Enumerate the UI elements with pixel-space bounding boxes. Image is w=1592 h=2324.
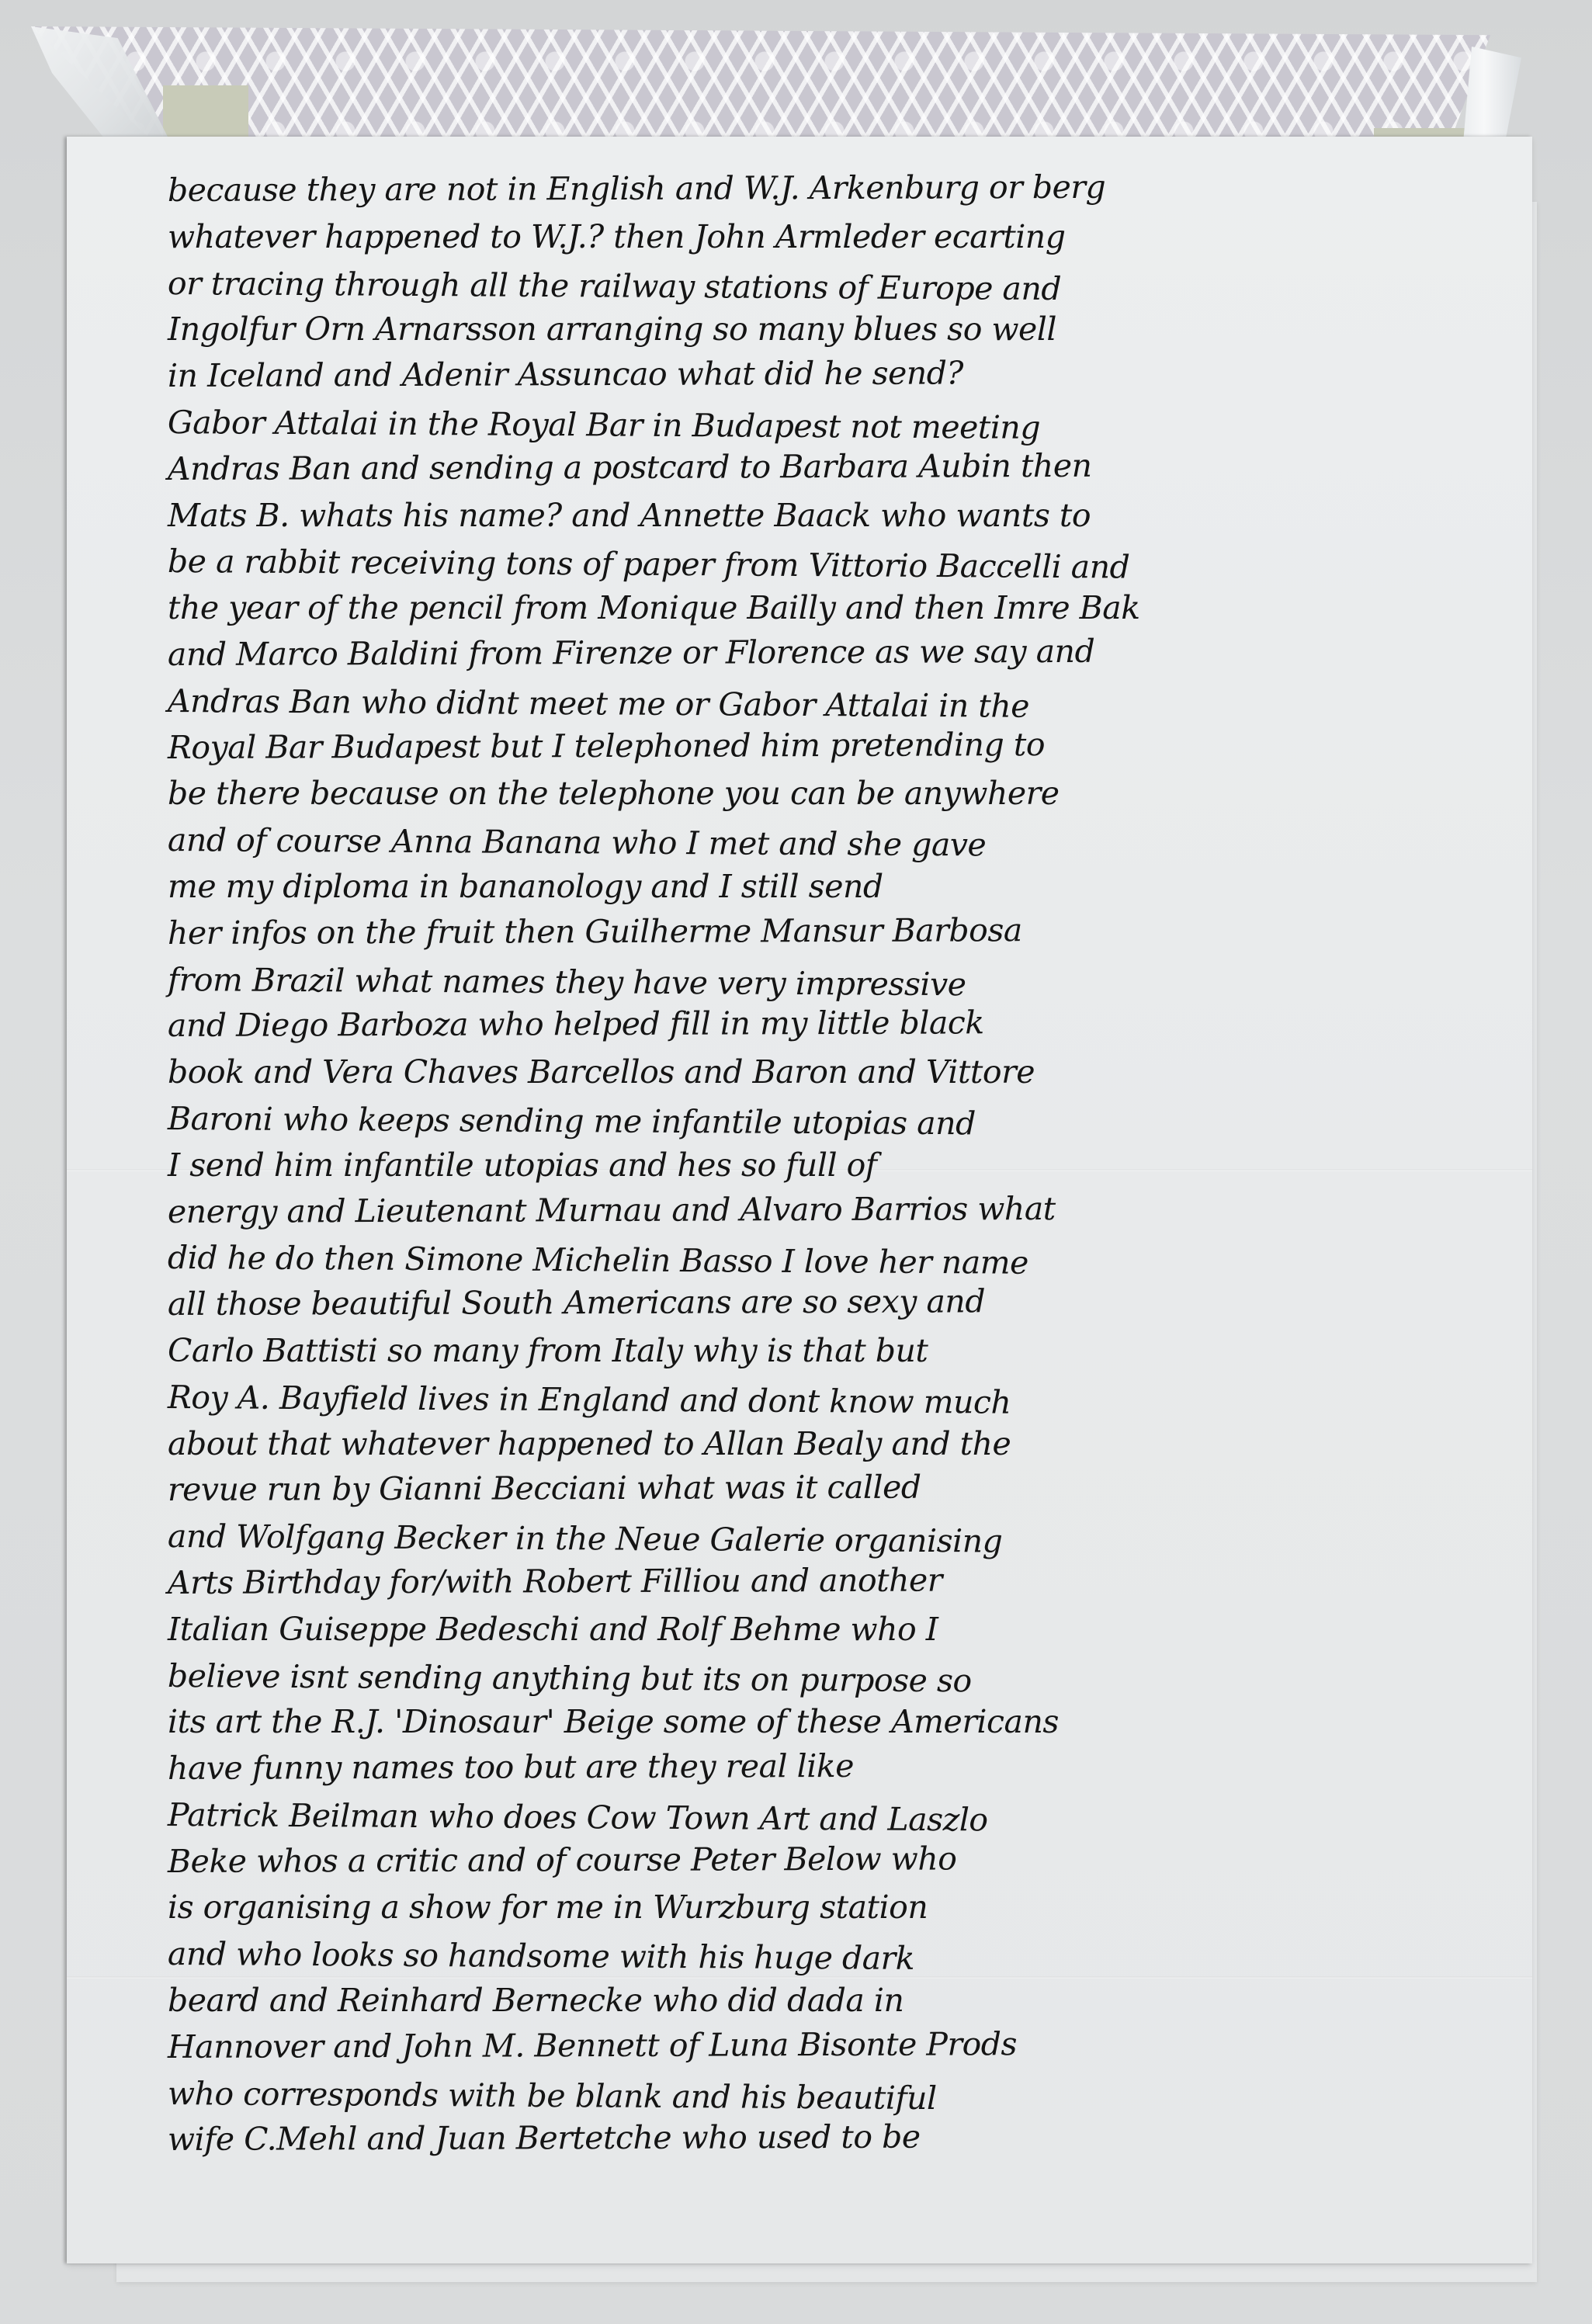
text-line: and Marco Baldini from Firenze or Floren… bbox=[168, 627, 1479, 678]
text-line: and who looks so handsome with his huge … bbox=[168, 1931, 1479, 1986]
text-line: wife C.Mehl and Juan Bertetche who used … bbox=[168, 2113, 1479, 2164]
text-line: or tracing through all the railway stati… bbox=[168, 261, 1479, 315]
envelope-lining-flap bbox=[31, 26, 1490, 151]
text-line: me my diploma in bananology and I still … bbox=[168, 864, 1479, 911]
text-line: be a rabbit receiving tons of paper from… bbox=[168, 539, 1479, 593]
text-line: be there because on the telephone you ca… bbox=[168, 771, 1479, 817]
text-line: Andras Ban and sending a postcard to Bar… bbox=[168, 442, 1479, 493]
text-line: Royal Bar Budapest but I telephoned him … bbox=[168, 720, 1479, 772]
text-line: and Diego Barboza who helped fill in my … bbox=[168, 998, 1479, 1049]
text-line: is organising a show for me in Wurzburg … bbox=[168, 1885, 1479, 1931]
masking-tape-left bbox=[163, 85, 248, 140]
text-line: all those beautiful South Americans are … bbox=[168, 1277, 1479, 1328]
text-line: energy and Lieutenant Murnau and Alvaro … bbox=[168, 1185, 1479, 1236]
text-line: believe isnt sending anything but its on… bbox=[168, 1653, 1479, 1708]
text-line: Beke whos a critic and of course Peter B… bbox=[168, 1834, 1479, 1885]
text-line: Carlo Battisti so many from Italy why is… bbox=[168, 1328, 1479, 1375]
text-line: Baroni who keeps sending me infantile ut… bbox=[168, 1096, 1479, 1150]
text-line: her infos on the fruit then Guilherme Ma… bbox=[168, 906, 1479, 957]
text-line: have funny names too but are they real l… bbox=[168, 1741, 1479, 1792]
text-line: because they are not in English and W.J.… bbox=[168, 163, 1479, 214]
text-line: revue run by Gianni Becciani what was it… bbox=[168, 1462, 1479, 1514]
text-line: book and Vera Chaves Barcellos and Baron… bbox=[168, 1049, 1479, 1096]
text-line: and of course Anna Banana who I met and … bbox=[168, 817, 1479, 872]
text-line: beard and Reinhard Bernecke who did dada… bbox=[168, 1978, 1479, 2024]
text-line: Hannover and John M. Bennett of Luna Bis… bbox=[168, 2020, 1479, 2071]
text-line: I send him infantile utopias and hes so … bbox=[168, 1143, 1479, 1189]
text-line: the year of the pencil from Monique Bail… bbox=[168, 585, 1479, 632]
text-line: Roy A. Bayfield lives in England and don… bbox=[168, 1375, 1479, 1429]
text-line: Arts Birthday for/with Robert Filliou an… bbox=[168, 1556, 1479, 1607]
text-line: in Iceland and Adenir Assuncao what did … bbox=[168, 349, 1479, 400]
text-line: Mats B. whats his name? and Annette Baac… bbox=[168, 493, 1479, 539]
text-line: Italian Guiseppe Bedeschi and Rolf Behme… bbox=[168, 1607, 1479, 1653]
handwritten-text: because they are not in English and W.J.… bbox=[168, 168, 1479, 2163]
letter-sheet: because they are not in English and W.J.… bbox=[67, 137, 1532, 2263]
text-line: whatever happened to W.J.? then John Arm… bbox=[168, 214, 1479, 261]
